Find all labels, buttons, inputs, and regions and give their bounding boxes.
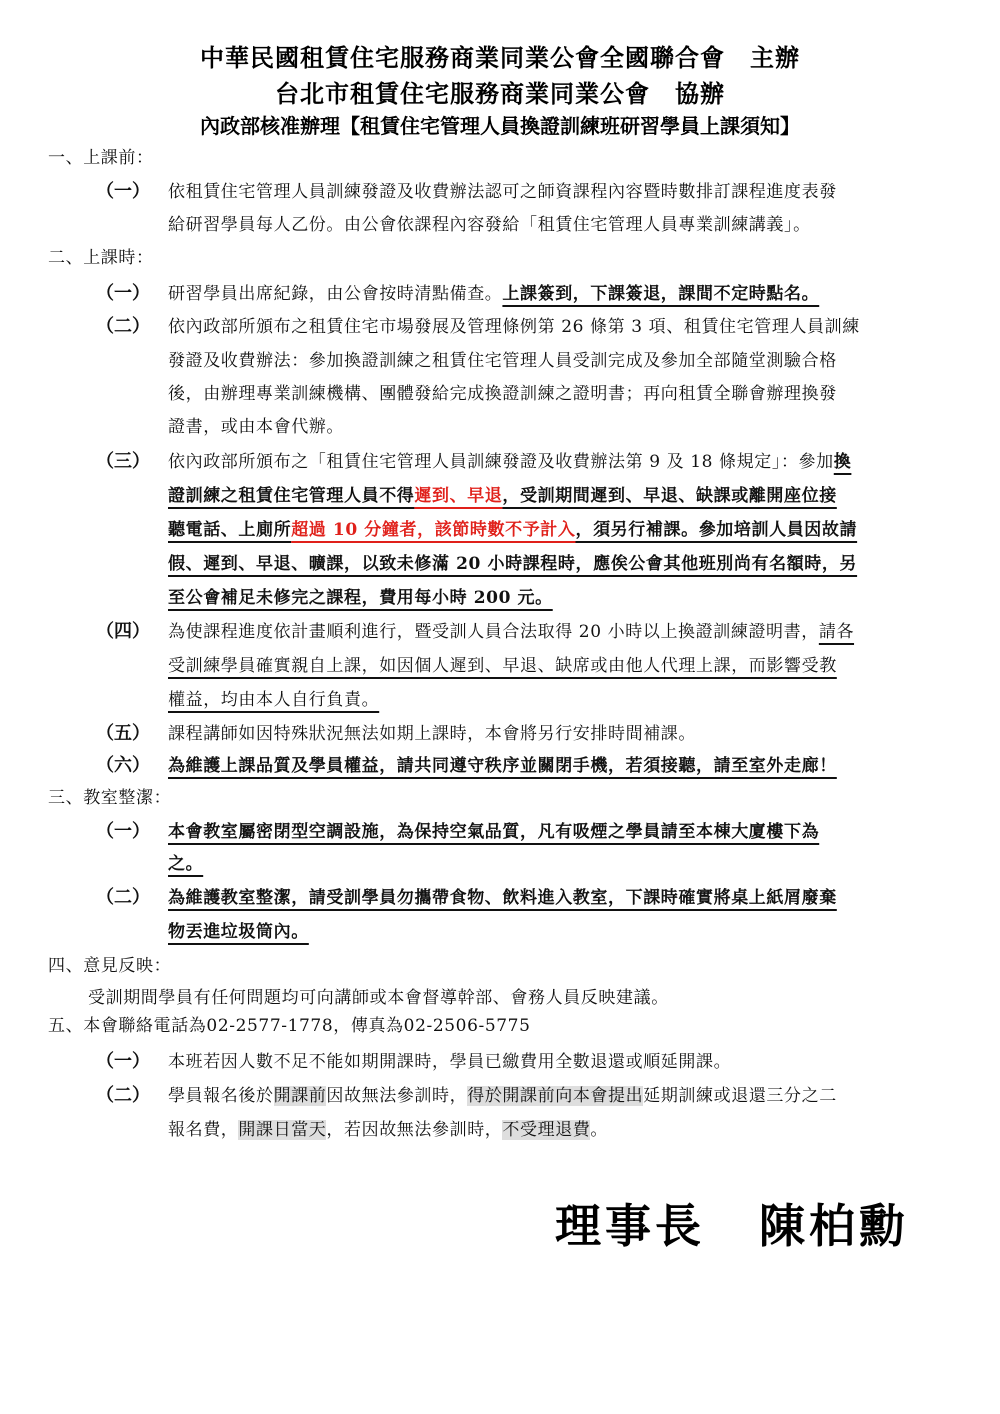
highlighted-text: 得於開課前向本會提出: [467, 1086, 643, 1106]
underlined-text: 請各: [819, 622, 854, 642]
signature-title: 理事長: [555, 1199, 705, 1253]
item-text: 權益，均由本人自行負責。: [168, 688, 379, 712]
item-text: 依內政部所頒布之租賃住宅市場發展及管理條例第 26 條第 3 項、租賃住宅管理人…: [168, 315, 860, 339]
signature-name: 陳柏勳: [759, 1199, 909, 1253]
item-text: 之。: [168, 852, 203, 876]
item-number: （一）: [96, 1050, 150, 1074]
item-text: 研習學員出席紀錄，由公會按時清點備查。上課簽到，下課簽退，課間不定時點名。: [168, 282, 819, 306]
item-text: 為維護教室整潔，請受訓學員勿攜帶食物、飲料進入教室，下課時確實將桌上紙屑廢棄: [168, 886, 837, 910]
item-text: 本班若因人數不足不能如期開課時，學員已繳費用全數退還或順延開課。: [168, 1050, 731, 1074]
section-heading-classroom: 三、教室整潔：: [48, 786, 171, 810]
item-text: 本會教室屬密閉型空調設施，為保持空氣品質，凡有吸煙之學員請至本棟大廈樓下為: [168, 820, 819, 844]
emphasis-text: 聽電話、上廁所: [168, 520, 291, 540]
signature: 理事長 陳柏勳: [555, 1190, 909, 1256]
refund-text: 報名費，: [168, 1120, 238, 1140]
smoking-rule-text: 本會教室屬密閉型空調設施，為保持空氣品質，凡有吸煙之學員請至本棟大廈樓下為: [168, 822, 819, 842]
item-number: （六）: [96, 754, 150, 778]
co-organizer-line: 台北市租賃住宅服務商業同業公會 協辦: [0, 74, 1000, 109]
item-text: 為使課程進度依計畫順利進行，暨受訓人員合法取得 20 小時以上換證訓練證明書，請…: [168, 620, 854, 644]
red-emphasis-text: 超過 10 分鐘者，該節時數不予計入: [291, 520, 575, 540]
emphasis-text: 換: [834, 452, 852, 472]
section-heading-before-class: 一、上課前：: [48, 146, 154, 170]
smoking-rule-text: 之。: [168, 854, 203, 874]
item-text: 為維護上課品質及學員權益，請共同遵守秩序並關閉手機，若須接聽，請至室外走廊！: [168, 754, 837, 778]
emphasis-text: 假、遲到、早退、曠課，以致未修滿 20 小時課程時，應俟公會其他班別尚有名額時，…: [168, 554, 857, 574]
item-text: 學員報名後於開課前因故無法參訓時，得於開課前向本會提出延期訓練或退還三分之二: [168, 1084, 837, 1108]
refund-text: 。: [590, 1120, 608, 1140]
item-text: 依租賃住宅管理人員訓練發證及收費辦法認可之師資課程內容暨時數排訂課程進度表發: [168, 180, 837, 204]
item-text: 依內政部所頒布之「租賃住宅管理人員訓練發證及收費辦法第 9 及 18 條規定」：…: [168, 450, 851, 474]
emphasis-text: 證訓練之租賃住宅管理人員不得: [168, 486, 414, 506]
item-number: （二）: [96, 1084, 150, 1108]
refund-text: 延期訓練或退還三分之二: [643, 1086, 837, 1106]
section-heading-feedback: 四、意見反映：: [48, 954, 171, 978]
progress-text: 為使課程進度依計畫順利進行，暨受訓人員合法取得 20 小時以上換證訓練證明書，: [168, 622, 819, 642]
item-text: 發證及收費辦法：參加換證訓練之租賃住宅管理人員受訓完成及參加全部隨堂測驗合格: [168, 349, 837, 373]
item-text: 證訓練之租賃住宅管理人員不得遲到、早退，受訓期間遲到、早退、缺課或離開座位接: [168, 484, 837, 508]
refund-text: ，若因故無法參訓時，: [326, 1120, 502, 1140]
item-number: （四）: [96, 620, 150, 644]
highlighted-text: 不受理退費: [502, 1120, 590, 1140]
section-heading-during-class: 二、上課時：: [48, 246, 154, 270]
item-text: 物丟進垃圾筒內。: [168, 920, 309, 944]
item-text: 假、遲到、早退、曠課，以致未修滿 20 小時課程時，應俟公會其他班別尚有名額時，…: [168, 552, 857, 576]
feedback-text: 受訓期間學員有任何問題均可向講師或本會督導幹部、會務人員反映建議。: [88, 986, 669, 1010]
underlined-text: 權益，均由本人自行負責。: [168, 690, 379, 710]
food-rule-text: 物丟進垃圾筒內。: [168, 922, 309, 942]
refund-text: 學員報名後於: [168, 1086, 274, 1106]
item-text: 受訓練學員確實親自上課，如因個人遲到、早退、缺席或由他人代理上課，而影響受教: [168, 654, 837, 678]
phone-rule-text: 為維護上課品質及學員權益，請共同遵守秩序並關閉手機，若須接聽，請至室外走廊！: [168, 756, 837, 776]
fee-text: 至公會補足未修完之課程，費用每小時 200 元。: [168, 588, 553, 608]
attendance-text: 研習學員出席紀錄，由公會按時清點備查。: [168, 284, 502, 304]
item-text: 報名費，開課日當天，若因故無法參訓時，不受理退費。: [168, 1118, 608, 1142]
item-number: （三）: [96, 450, 150, 474]
item-text: 證書，或由本會代辦。: [168, 415, 344, 439]
refund-text: 因故無法參訓時，: [326, 1086, 467, 1106]
emphasis-text: ，須另行補課。參加培訓人員因故請: [576, 520, 858, 540]
item-text: 後，由辦理專業訓練機構、團體發給完成換證訓練之證明書；再向租賃全聯會辦理換發: [168, 382, 837, 406]
item-text: 至公會補足未修完之課程，費用每小時 200 元。: [168, 586, 553, 610]
item-number: （五）: [96, 722, 150, 746]
highlighted-text: 開課前: [274, 1086, 327, 1106]
item-number: （一）: [96, 820, 150, 844]
item-number: （二）: [96, 886, 150, 910]
item-number: （二）: [96, 315, 150, 339]
section-heading-contact: 五、本會聯絡電話為02-2577-1778，傳真為02-2506-5775: [48, 1014, 531, 1038]
item-text: 課程講師如因特殊狀況無法如期上課時，本會將另行安排時間補課。: [168, 722, 696, 746]
item-number: （一）: [96, 282, 150, 306]
item-number: （一）: [96, 180, 150, 204]
highlighted-text: 開課日當天: [238, 1120, 326, 1140]
sign-in-rule: 上課簽到，下課簽退，課間不定時點名。: [502, 284, 819, 304]
regulation-text: 依內政部所頒布之「租賃住宅管理人員訓練發證及收費辦法第 9 及 18 條規定」：…: [168, 452, 834, 472]
food-rule-text: 為維護教室整潔，請受訓學員勿攜帶食物、飲料進入教室，下課時確實將桌上紙屑廢棄: [168, 888, 837, 908]
document-title: 內政部核准辦理【租賃住宅管理人員換證訓練班研習學員上課須知】: [0, 110, 1000, 139]
item-text: 聽電話、上廁所超過 10 分鐘者，該節時數不予計入，須另行補課。參加培訓人員因故…: [168, 518, 857, 542]
emphasis-text: ，受訓期間遲到、早退、缺課或離開座位接: [502, 486, 836, 506]
underlined-text: 受訓練學員確實親自上課，如因個人遲到、早退、缺席或由他人代理上課，而影響受教: [168, 656, 837, 676]
organizer-line: 中華民國租賃住宅服務商業同業公會全國聯合會 主辦: [0, 38, 1000, 73]
red-emphasis-text: 遲到、早退: [414, 486, 502, 506]
item-text: 給研習學員每人乙份。由公會依課程內容發給「租賃住宅管理人員專業訓練講義」。: [168, 213, 811, 237]
